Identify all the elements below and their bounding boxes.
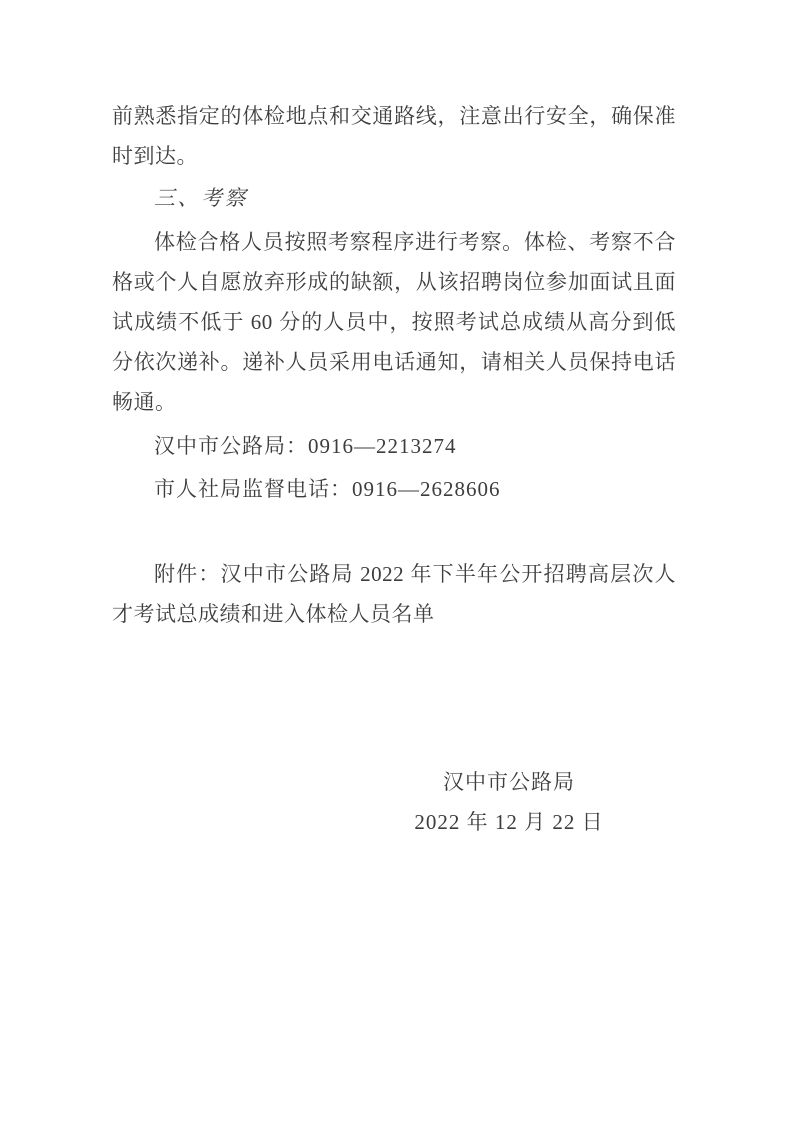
signature-organization: 汉中市公路局 [353,762,665,802]
document-body: 前熟悉指定的体检地点和交通路线，注意出行安全，确保准时到达。 三、考察 体检合格… [112,96,676,634]
contact-line-highway-bureau: 汉中市公路局：0916—2213274 [112,426,676,466]
signature-date: 2022 年 12 月 22 日 [353,802,665,842]
document-page: 前熟悉指定的体检地点和交通路线，注意出行安全，确保准时到达。 三、考察 体检合格… [0,0,793,1122]
section-heading-inspection: 三、考察 [112,178,676,218]
contact-line-supervision: 市人社局监督电话：0916—2628606 [112,469,676,509]
attachment-note: 附件：汉中市公路局 2022 年下半年公开招聘高层次人才考试总成绩和进入体检人员… [112,554,676,634]
paragraph-inspection-procedure: 体检合格人员按照考察程序进行考察。体检、考察不合格或个人自愿放弃形成的缺额，从该… [112,222,676,422]
signature-block: 汉中市公路局 2022 年 12 月 22 日 [353,762,665,842]
paragraph-continuation: 前熟悉指定的体检地点和交通路线，注意出行安全，确保准时到达。 [112,96,676,176]
